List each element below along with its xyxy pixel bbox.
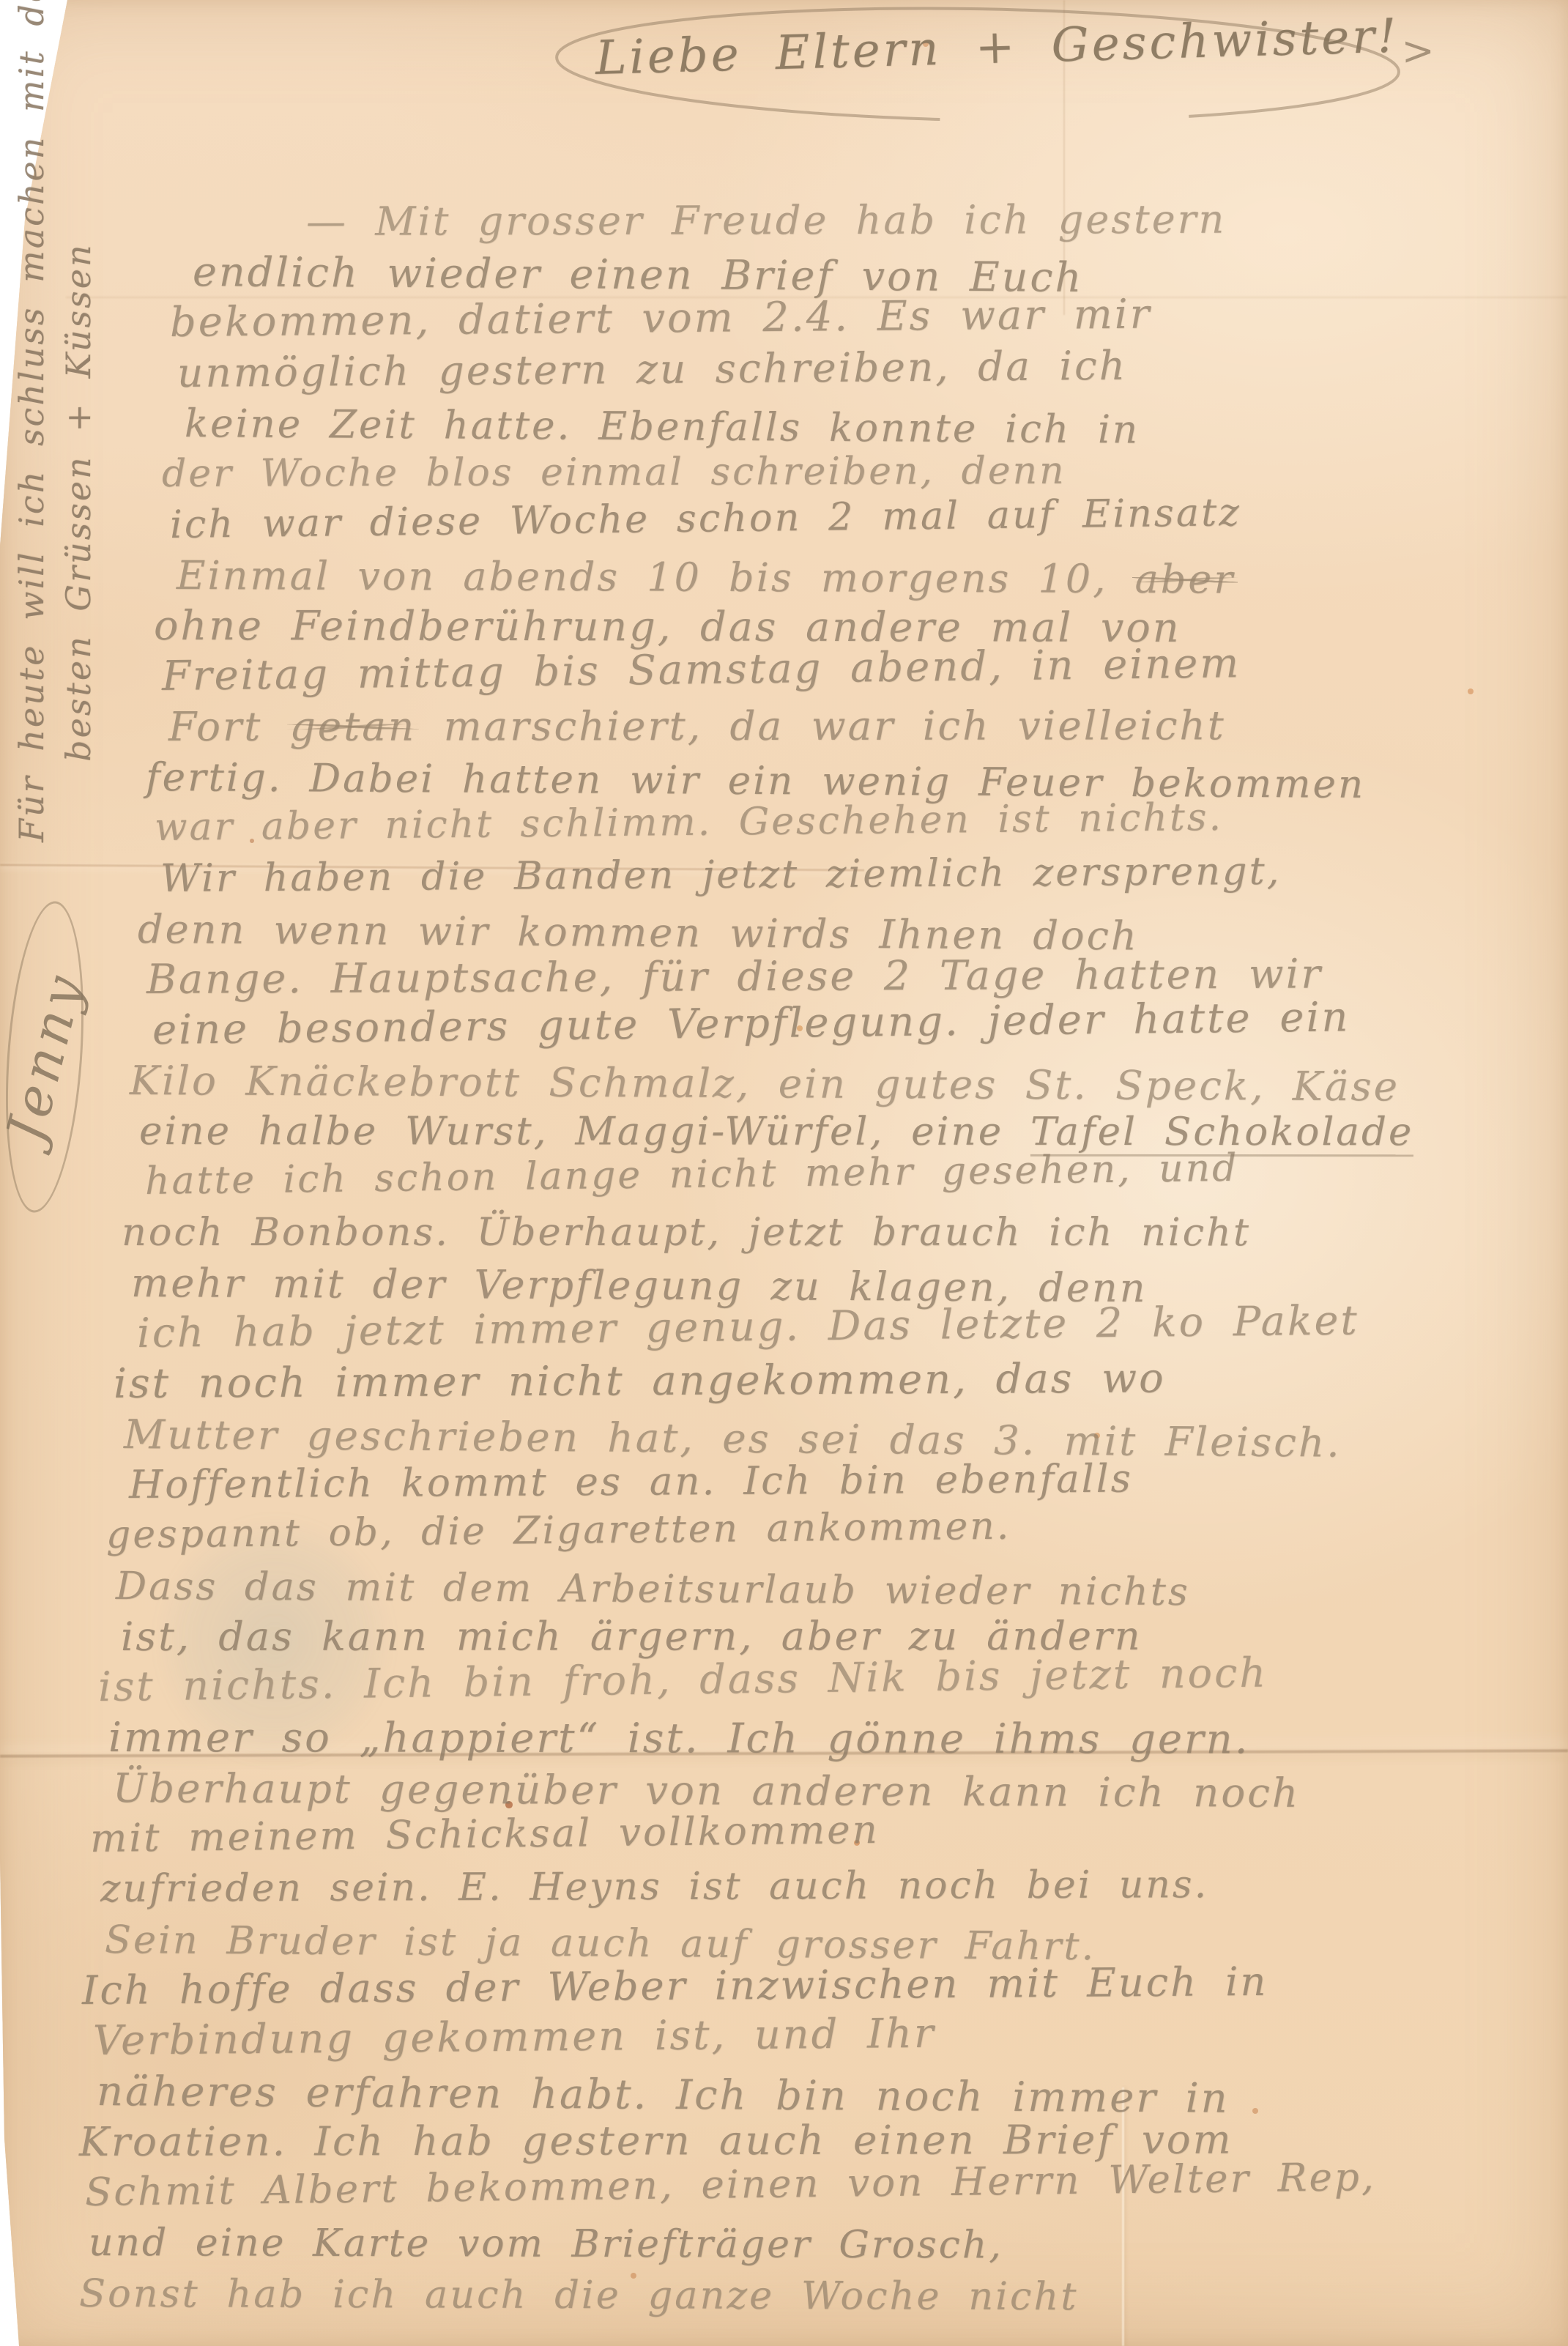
letter-line: immer so „happiert“ ist. Ich gönne ihms … xyxy=(108,1712,1544,1765)
crossed-out-word: getan xyxy=(290,703,417,750)
letter-line: und eine Karte vom Briefträger Grosch, xyxy=(89,2218,1544,2273)
paper-speck xyxy=(0,0,3,3)
letter-body: — Mit grosser Freude hab ich gesternendl… xyxy=(79,196,1544,2319)
letter-line: Wir haben die Banden jetzt ziemlich zers… xyxy=(160,844,1544,904)
margin-closing-line2: besten Grüssen + Küssen xyxy=(59,243,98,762)
letter-line: — Mit grosser Freude hab ich gestern xyxy=(306,193,1544,247)
letter-line: unmöglich gestern zu schreiben, da ich xyxy=(177,337,1544,398)
letter-line: Sonst hab ich auch die ganze Woche nicht xyxy=(79,2268,1544,2323)
letter-line: noch Bonbons. Überhaupt, jetzt brauch ic… xyxy=(122,1207,1544,1258)
letter-line: Kilo Knäckebrott Schmalz, ein gutes St. … xyxy=(130,1055,1544,1113)
letter-line: Einmal von abends 10 bis morgens 10, abe… xyxy=(177,550,1544,606)
salutation-circle: Liebe Eltern + Geschwister! > xyxy=(545,0,1426,132)
letter-line: Fort getan marschiert, da war ich vielle… xyxy=(168,700,1544,752)
pen-stroke-chevron: > xyxy=(1401,27,1435,74)
crossed-out-word: aber xyxy=(1134,556,1235,603)
margin-closing-line1: Für heute will ich schluss machen mit de… xyxy=(12,0,51,842)
letter-line: zufrieden sein. E. Heyns ist auch noch b… xyxy=(100,1858,1544,1915)
letter-line: ist noch immer nicht angekommen, das wo xyxy=(114,1351,1544,1409)
